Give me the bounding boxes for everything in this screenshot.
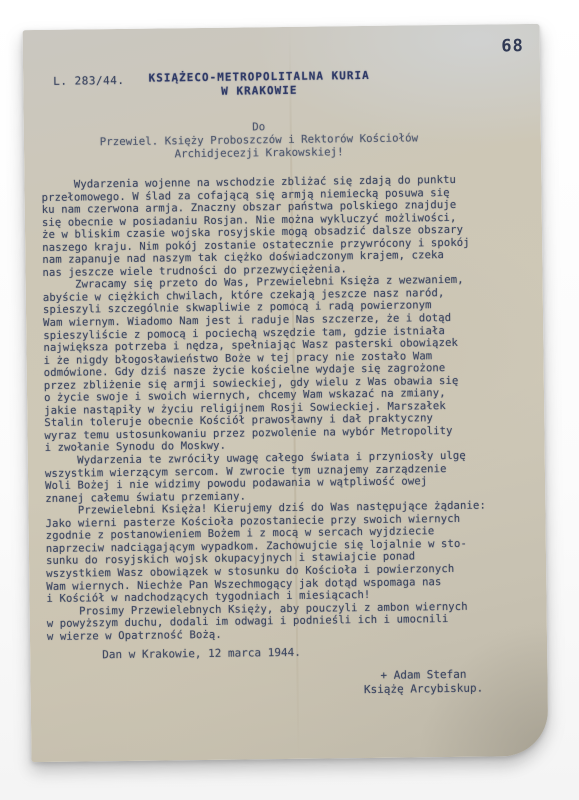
body-paragraph: Przewielebni Księża! Kierujemy dziś do W… [45,499,524,605]
signature-title: Książę Arcybiskup. [329,681,519,697]
letterhead: KSIĄŻECO-METROPOLITALNA KURIA W KRAKOWIE [111,68,407,100]
dateline: Dan w Krakowie, 12 marca 1944. [102,646,301,661]
page-number: 68 [501,36,524,56]
body-paragraph: Prosimy Przewielebnych Księży, aby poucz… [47,600,525,643]
letter-body: Wydarzenia wojenne na wschodzie zbliżać … [41,173,525,643]
body-paragraph: Zwracamy się przeto do Was, Przewielebni… [43,273,523,454]
body-paragraph: Wydarzenia wojenne na wschodzie zbliżać … [41,173,520,279]
letter-page: 68 L. 283/44. KSIĄŻECO-METROPOLITALNA KU… [23,24,549,762]
addressee-block: Do Przewiel. Księży Proboszczów i Rektor… [79,118,439,161]
document-photo: 68 L. 283/44. KSIĄŻECO-METROPOLITALNA KU… [0,0,579,800]
body-paragraph: Wydarzenia te zwróciły uwagę całego świa… [45,449,524,505]
signature-block: + Adam Stefan Książę Arcybiskup. [328,667,518,697]
